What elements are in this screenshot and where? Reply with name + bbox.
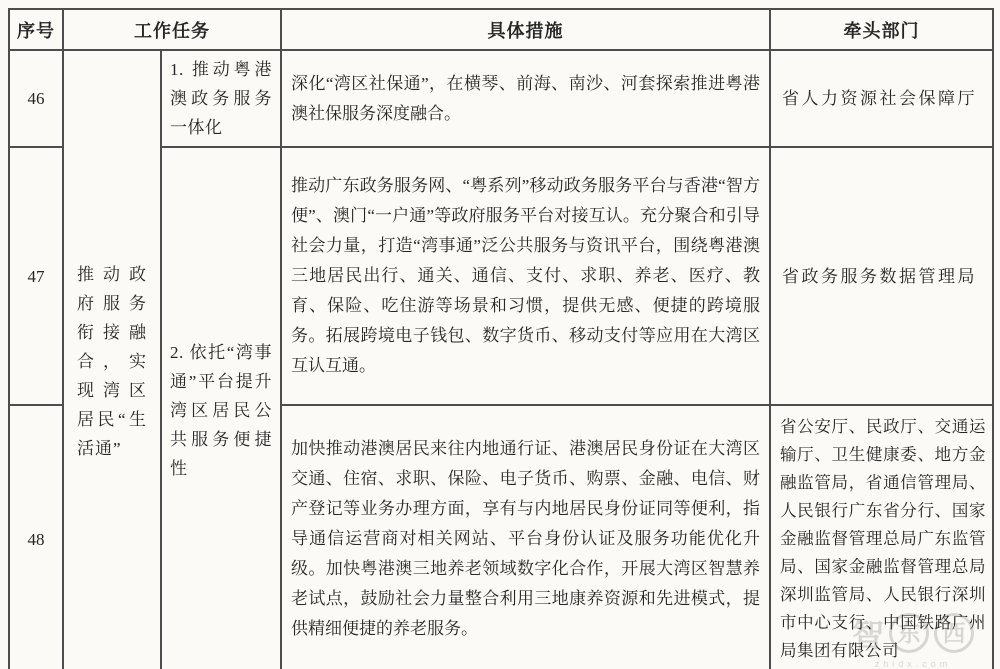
document-page: 智 东 西 zhidx.com 序号 工作任务 具体措施 牵头部门 46 推动政… <box>0 8 1000 669</box>
task-group-cell: 推动政府服务衔接融合，实现湾区居民“生活通” <box>63 50 161 669</box>
row-46-number: 46 <box>9 50 63 147</box>
row-47-measure: 推动广东政务服务网、“粤系列”移动政务服务平台与香港“智方便”、澳门“一户通”等… <box>281 147 770 405</box>
header-lead: 牵头部门 <box>770 9 993 50</box>
row-47-number: 47 <box>9 147 63 405</box>
row-46-measure: 深化“湾区社保通”，在横琴、前海、南沙、河套探索推进粤港澳社保服务深度融合。 <box>281 50 770 147</box>
work-task-table: 序号 工作任务 具体措施 牵头部门 46 推动政府服务衔接融合，实现湾区居民“生… <box>8 8 994 669</box>
row-48-lead: 省公安厅、民政厅、交通运输厅、卫生健康委、地方金融监管局，省通信管理局、人民银行… <box>770 405 993 669</box>
row-46-subtask: 1. 推动粤港澳政务服务一体化 <box>161 50 281 147</box>
table-row: 46 推动政府服务衔接融合，实现湾区居民“生活通” 1. 推动粤港澳政务服务一体… <box>9 50 993 147</box>
table-header-row: 序号 工作任务 具体措施 牵头部门 <box>9 9 993 50</box>
row-48-measure: 加快推动港澳居民来往内地通行证、港澳居民身份证在大湾区交通、住宿、求职、保险、电… <box>281 405 770 669</box>
header-measures: 具体措施 <box>281 9 770 50</box>
row-46-lead: 省人力资源社会保障厅 <box>770 50 993 147</box>
row-47-lead: 省政务服务数据管理局 <box>770 147 993 405</box>
row-47-48-subtask: 2. 依托“湾事通”平台提升湾区居民公共服务便捷性 <box>161 147 281 669</box>
header-task: 工作任务 <box>63 9 281 50</box>
header-no: 序号 <box>9 9 63 50</box>
row-48-number: 48 <box>9 405 63 669</box>
